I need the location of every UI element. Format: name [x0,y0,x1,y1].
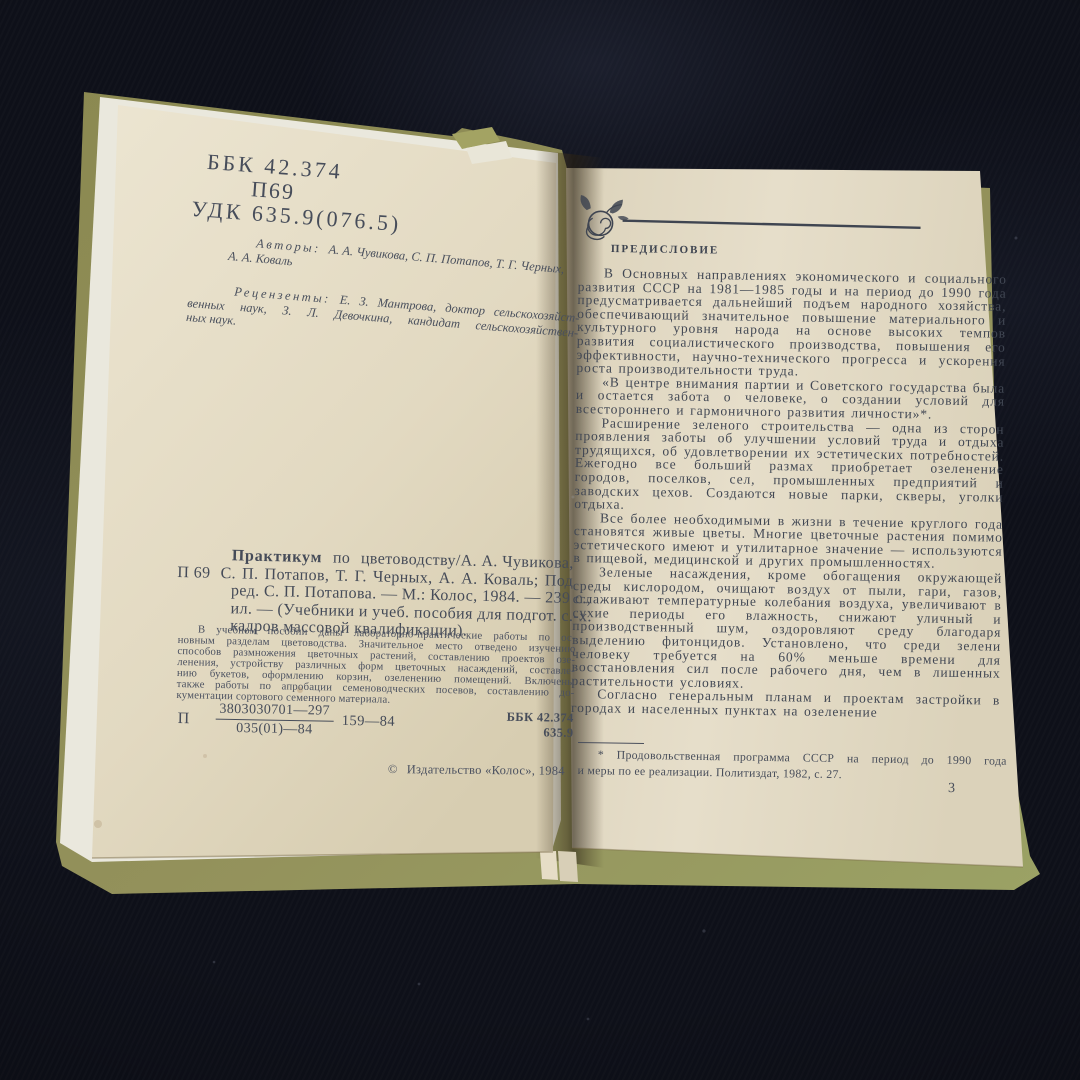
preface-body: В Основных направлениях экономического и… [571,266,1007,721]
index-numerator: 3803030701—297 [215,702,334,721]
footnote-rule [578,742,644,744]
preface-paragraph: В Основных направлениях экономического и… [576,266,1007,381]
index-bbk: ББК 42.374 [507,710,574,726]
index-number-block: П 3803030701—297 035(01)—84 159—84 ББК 4… [177,701,574,743]
paper-stain [203,754,207,758]
index-denominator: 035(01)—84 [215,719,334,739]
preface-heading: ПРЕДИСЛОВИЕ [611,243,720,257]
paper-stain [94,820,102,828]
bbk-udk-block: ББК 42.374 П69 УДК 635.9(076.5) [191,149,406,236]
book-photo-scene: ББК 42.374 П69 УДК 635.9(076.5) Авторы: … [0,0,1080,1080]
index-bbk-column: ББК 42.374 635.9 [506,710,574,740]
catalog-line1-mid: по [333,550,351,568]
preface-paragraph: Расширение зеленого строительства — одна… [574,416,1004,518]
copyright-icon: © [388,762,398,776]
page-number: 3 [948,781,955,797]
preface-paragraph: Все более необходимыми в жизни в течение… [573,511,1003,572]
index-letter: П [178,709,190,727]
gutter-bottom-tab-2 [558,851,578,882]
index-suffix: 159—84 [342,713,395,731]
preface-paragraph: Зеленые насаждения, кроме обогащения окр… [571,565,1002,694]
annotation-block: В учебном пособии даны лабораторно-практ… [176,624,576,710]
index-fraction: 3803030701—297 035(01)—84 [215,702,334,739]
gutter-bottom-tab-1 [540,851,558,880]
footnote-block: * Продовольственная программа СССР на пе… [577,742,1007,785]
catalog-code: П 69 [177,564,211,582]
catalog-title-word: Практикум [232,547,323,567]
copyright-line: ©Издательство «Колос», 1984 [388,762,565,779]
index-udk-short: 635.9 [506,724,573,740]
copyright-text: Издательство «Колос», 1984 [407,762,565,778]
